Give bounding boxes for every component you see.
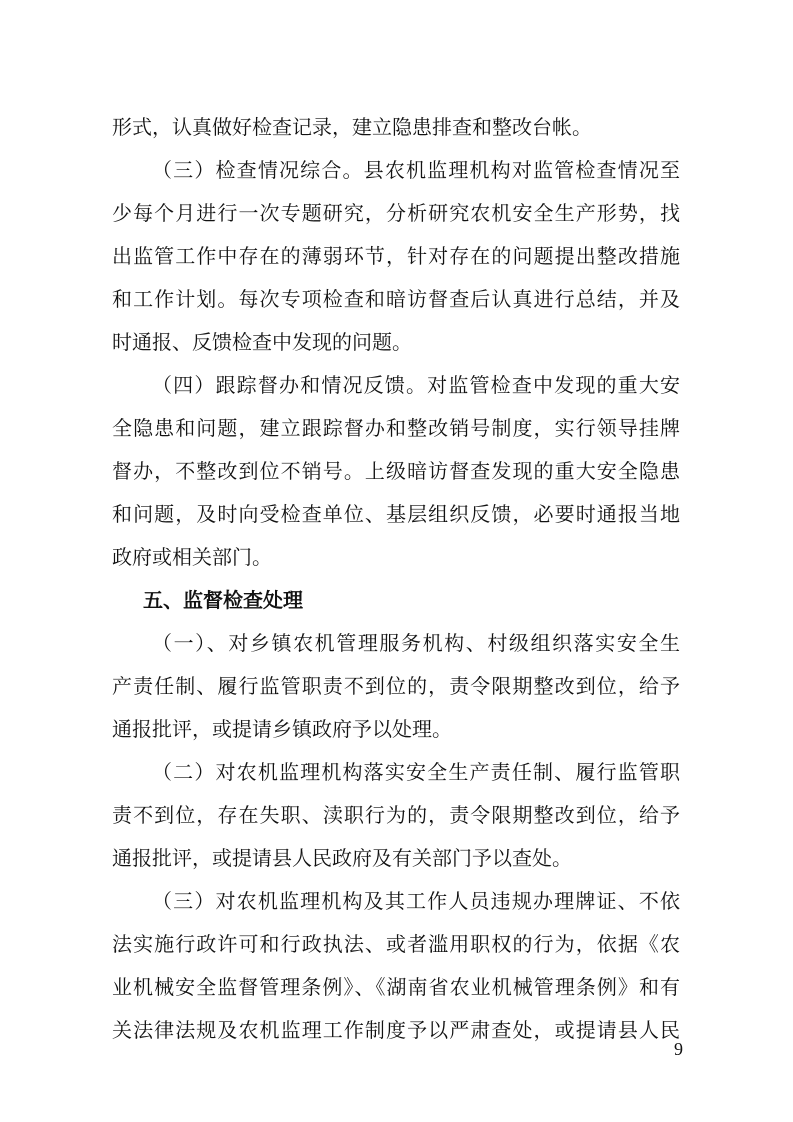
- text-line: （四）跟踪督办和情况反馈。对监管检查中发现的重大安: [112, 365, 680, 408]
- text-line: 责不到位，存在失职、渎职行为的，责令限期整改到位，给予: [112, 795, 680, 838]
- text-line: 业机械安全监督管理条例》、《湖南省农业机械管理条例》和有: [112, 967, 680, 1010]
- text-line: （三）对农机监理机构及其工作人员违规办理牌证、不依: [112, 881, 680, 924]
- text-line: 和工作计划。每次专项检查和暗访督查后认真进行总结，并及: [112, 279, 680, 322]
- text-line: 形式，认真做好检查记录，建立隐患排查和整改台帐。: [112, 107, 680, 150]
- section-5-item-1: （一）、对乡镇农机管理服务机构、村级组织落实安全生产责任制、履行监管职责不到位的…: [112, 623, 680, 752]
- page-number: 9: [0, 1039, 683, 1059]
- paragraph-continuation: 形式，认真做好检查记录，建立隐患排查和整改台帐。: [112, 107, 680, 150]
- text-line: 和问题，及时向受检查单位、基层组织反馈，必要时通报当地: [112, 494, 680, 537]
- section-5-heading: 五、监督检查处理: [112, 580, 680, 623]
- section-5-item-2: （二）对农机监理机构落实安全生产责任制、履行监管职责不到位，存在失职、渎职行为的…: [112, 752, 680, 881]
- document-body: 形式，认真做好检查记录，建立隐患排查和整改台帐。（三）检查情况综合。县农机监理机…: [112, 107, 680, 1053]
- text-line: 出监管工作中存在的薄弱环节，针对存在的问题提出整改措施: [112, 236, 680, 279]
- section-5-item-3: （三）对农机监理机构及其工作人员违规办理牌证、不依法实施行政许可和行政执法、或者…: [112, 881, 680, 1053]
- text-line: 时通报、反馈检查中发现的问题。: [112, 322, 680, 365]
- item-3-inspection-summary: （三）检查情况综合。县农机监理机构对监管检查情况至少每个月进行一次专题研究，分析…: [112, 150, 680, 365]
- text-line: （一）、对乡镇农机管理服务机构、村级组织落实安全生: [112, 623, 680, 666]
- text-line: （三）检查情况综合。县农机监理机构对监管检查情况至: [112, 150, 680, 193]
- text-line: 少每个月进行一次专题研究，分析研究农机安全生产形势，找: [112, 193, 680, 236]
- text-line: 督办，不整改到位不销号。上级暗访督查发现的重大安全隐患: [112, 451, 680, 494]
- text-line: 法实施行政许可和行政执法、或者滥用职权的行为，依据《农: [112, 924, 680, 967]
- text-line: 通报批评，或提请乡镇政府予以处理。: [112, 709, 680, 752]
- text-line: 政府或相关部门。: [112, 537, 680, 580]
- text-line: 全隐患和问题，建立跟踪督办和整改销号制度，实行领导挂牌: [112, 408, 680, 451]
- text-line: 通报批评，或提请县人民政府及有关部门予以查处。: [112, 838, 680, 881]
- document-page: 形式，认真做好检查记录，建立隐患排查和整改台帐。（三）检查情况综合。县农机监理机…: [0, 0, 793, 1122]
- item-4-follow-up-feedback: （四）跟踪督办和情况反馈。对监管检查中发现的重大安全隐患和问题，建立跟踪督办和整…: [112, 365, 680, 580]
- text-line: （二）对农机监理机构落实安全生产责任制、履行监管职: [112, 752, 680, 795]
- text-line: 产责任制、履行监管职责不到位的，责令限期整改到位，给予: [112, 666, 680, 709]
